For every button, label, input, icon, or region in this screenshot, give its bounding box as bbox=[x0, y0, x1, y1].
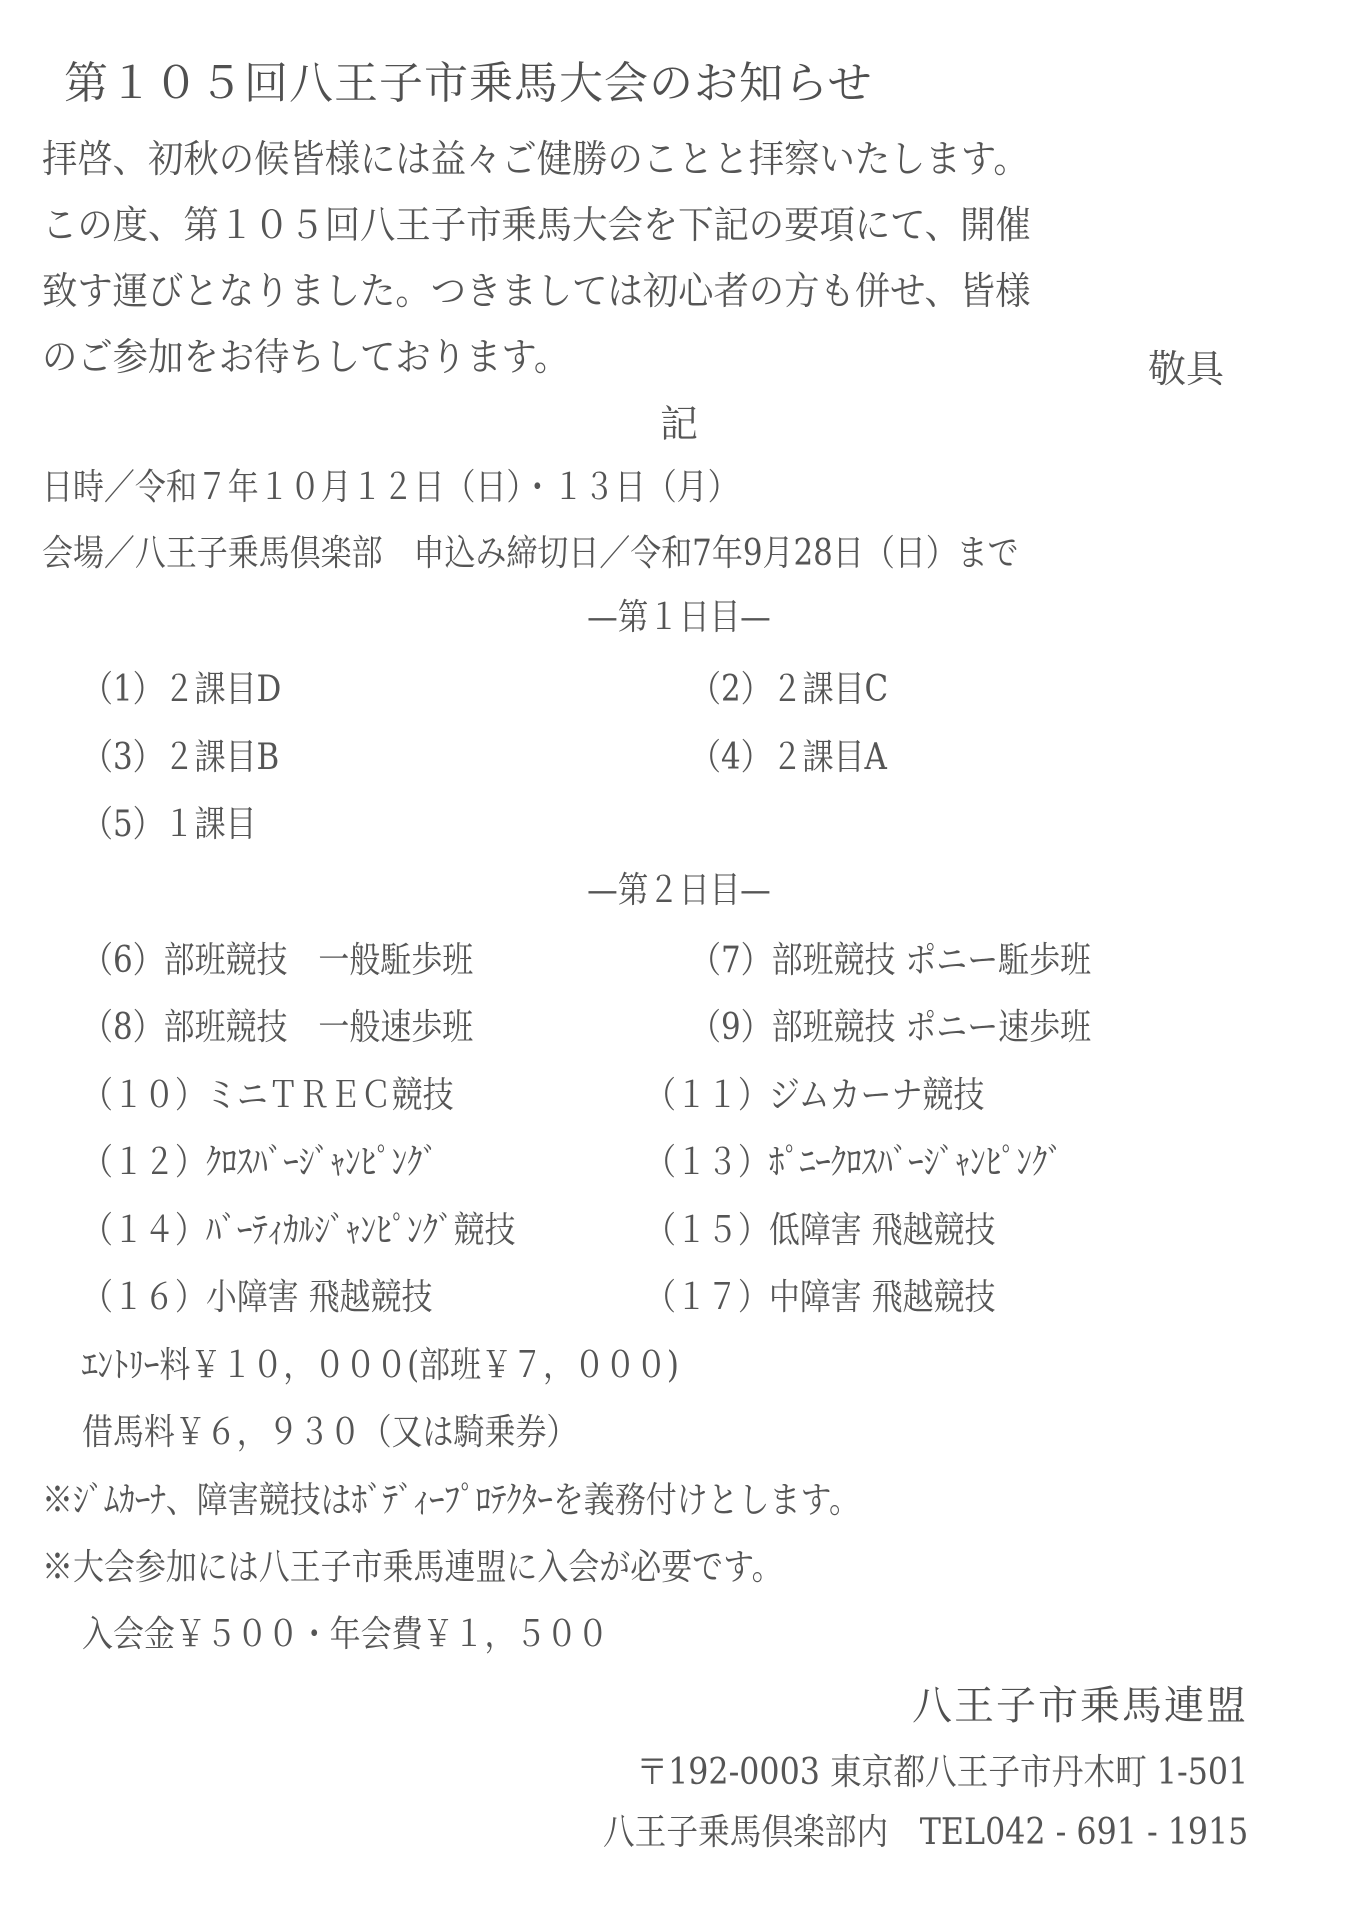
event-number: （1） bbox=[82, 669, 164, 710]
event-item: （3）２課目B bbox=[82, 740, 279, 776]
event-item: （2）２課目C bbox=[690, 672, 888, 708]
event-number: （3） bbox=[82, 737, 164, 778]
event-item: （１４）ﾊﾞｰﾃｨｶﾙｼﾞｬﾝﾋﾟﾝｸﾞ競技 bbox=[82, 1213, 515, 1249]
event-number: （１２） bbox=[82, 1142, 206, 1183]
event-item: （7）部班競技 ポニー駈歩班 bbox=[690, 943, 1091, 979]
notice-title: 第１０５回八王子市乗馬大会のお知らせ bbox=[64, 62, 873, 106]
ki-heading: 記 bbox=[0, 405, 1358, 443]
event-label: 中障害 飛越競技 bbox=[769, 1277, 996, 1318]
event-item: （8）部班競技 一般速歩班 bbox=[82, 1010, 473, 1046]
organizer-contact: 八王子乗馬倶楽部内 TEL042 - 691 - 1915 bbox=[603, 1815, 1248, 1851]
membership-note: ※大会参加には八王子市乗馬連盟に入会が必要です。 bbox=[42, 1550, 783, 1586]
event-number: （１６） bbox=[82, 1277, 206, 1318]
event-item: （１２）ｸﾛｽﾊﾞｰｼﾞｬﾝﾋﾟﾝｸﾞ bbox=[82, 1145, 438, 1181]
event-label: ミニＴＲＥＣ競技 bbox=[206, 1075, 454, 1116]
event-number: （9） bbox=[690, 1007, 772, 1048]
event-label: ﾊﾞｰﾃｨｶﾙｼﾞｬﾝﾋﾟﾝｸﾞ競技 bbox=[206, 1210, 516, 1251]
event-label: 部班競技 ポニー駈歩班 bbox=[772, 940, 1091, 981]
event-item: （5）１課目 bbox=[82, 807, 257, 843]
organizer-name: 八王子市乗馬連盟 bbox=[912, 1686, 1248, 1726]
event-label: 部班競技 一般駈歩班 bbox=[164, 940, 474, 981]
event-label: １課目 bbox=[164, 804, 257, 845]
entry-fee: ｴﾝﾄﾘｰ料￥１０，０００(部班￥７，０００) bbox=[82, 1348, 679, 1384]
event-label: 小障害 飛越競技 bbox=[206, 1277, 433, 1318]
event-number: （１４） bbox=[82, 1210, 206, 1251]
event-label: ｸﾛｽﾊﾞｰｼﾞｬﾝﾋﾟﾝｸﾞ bbox=[206, 1142, 438, 1183]
event-item: （１０）ミニＴＲＥＣ競技 bbox=[82, 1078, 454, 1114]
event-number: （7） bbox=[690, 940, 772, 981]
event-number: （8） bbox=[82, 1007, 164, 1048]
event-label: ２課目A bbox=[772, 737, 887, 778]
event-number: （１０） bbox=[82, 1075, 206, 1116]
event-item: （１５）低障害 飛越競技 bbox=[645, 1213, 995, 1249]
greeting-line-1: 拝啓、初秋の候皆様には益々ご健勝のことと拝察いたします。 bbox=[42, 140, 1029, 178]
greeting-line-2: この度、第１０５回八王子市乗馬大会を下記の要項にて、開催 bbox=[42, 206, 1031, 244]
event-number: （5） bbox=[82, 804, 164, 845]
event-number: （１３） bbox=[645, 1142, 769, 1183]
event-item: （１７）中障害 飛越競技 bbox=[645, 1280, 995, 1316]
horse-rental-fee: 借馬料￥６，９３０（又は騎乗券） bbox=[82, 1415, 577, 1451]
greeting-line-4: のご参加をお待ちしております。 bbox=[42, 338, 569, 376]
event-number: （4） bbox=[690, 737, 772, 778]
event-item: （１３）ﾎﾟﾆｰｸﾛｽﾊﾞｰｼﾞｬﾝﾋﾟﾝｸﾞ bbox=[645, 1145, 1063, 1181]
greeting-line-3: 致す運びとなりました。つきましては初心者の方も併せ、皆様 bbox=[42, 272, 1030, 310]
organizer-address: 〒192-0003 東京都八王子市丹木町 1-501 bbox=[636, 1755, 1248, 1791]
event-label: 低障害 飛越競技 bbox=[769, 1210, 996, 1251]
event-label: ジムカーナ競技 bbox=[769, 1075, 984, 1116]
event-label: ﾎﾟﾆｰｸﾛｽﾊﾞｰｼﾞｬﾝﾋﾟﾝｸﾞ bbox=[769, 1142, 1063, 1183]
event-item: （１６）小障害 飛越競技 bbox=[82, 1280, 432, 1316]
venue-and-deadline: 会場／八王子乗馬倶楽部 申込み締切日／令和7年9月28日（日）まで bbox=[42, 536, 1019, 572]
event-number: （6） bbox=[82, 940, 164, 981]
event-item: （1）２課目D bbox=[82, 672, 281, 708]
protector-note: ※ｼﾞﾑｶｰﾅ、障害競技はﾎﾞﾃﾞｨｰﾌﾟﾛﾃｸﾀｰを義務付けとします。 bbox=[42, 1483, 860, 1519]
event-number: （１５） bbox=[645, 1210, 769, 1251]
event-datetime: 日時／令和７年１０月１２日（日）・１３日（月） bbox=[42, 470, 739, 506]
event-number: （2） bbox=[690, 669, 772, 710]
event-item: （4）２課目A bbox=[690, 740, 887, 776]
day1-heading: —第１日目— bbox=[102, 600, 1256, 636]
event-label: ２課目B bbox=[164, 737, 280, 778]
event-number: （１７） bbox=[645, 1277, 769, 1318]
event-label: ２課目D bbox=[164, 669, 282, 710]
closing-keigu: 敬具 bbox=[1148, 338, 1224, 393]
event-item: （9）部班競技 ポニー速歩班 bbox=[690, 1010, 1091, 1046]
event-item: （１１）ジムカーナ競技 bbox=[645, 1078, 984, 1114]
membership-fees: 入会金￥５００・年会費￥１，５００ bbox=[82, 1617, 608, 1653]
event-item: （6）部班競技 一般駈歩班 bbox=[82, 943, 473, 979]
day2-heading: —第２日目— bbox=[102, 873, 1256, 909]
event-label: ２課目C bbox=[772, 669, 889, 710]
event-label: 部班競技 一般速歩班 bbox=[164, 1007, 474, 1048]
event-number: （１１） bbox=[645, 1075, 769, 1116]
event-label: 部班競技 ポニー速歩班 bbox=[772, 1007, 1091, 1048]
